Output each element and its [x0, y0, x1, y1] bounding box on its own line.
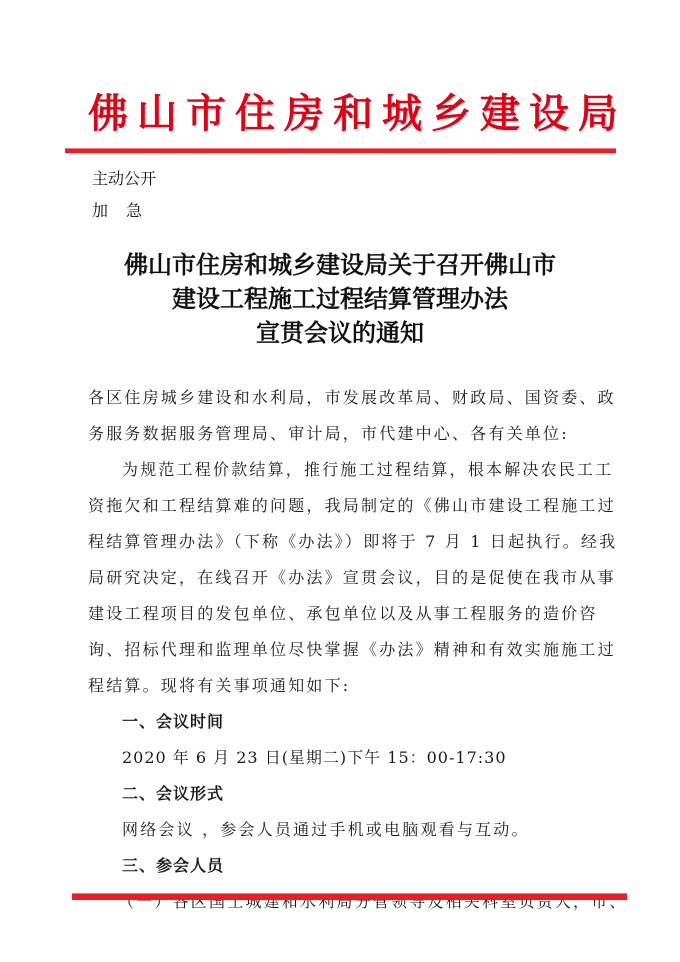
intro-paragraph-line: 建设工程项目的发包单位、承包单位以及从事工程服务的造价咨 [88, 596, 608, 632]
disclosure-label: 主动公开 [92, 168, 156, 190]
intro-paragraph-line: 程结算。现将有关事项通知如下: [88, 668, 608, 704]
document-title-line: 宣贯会议的通知 [100, 316, 580, 350]
attendees-item: （一）各区国土城建和水利局分管领导及相关科室负责人，市、 [88, 884, 608, 920]
meeting-format-value: 网络会议 ，参会人员通过手机或电脑观看与互动。 [88, 812, 608, 848]
issuer-masthead: 佛山市住房和城乡建设局 [88, 88, 608, 140]
document-title-line: 佛山市住房和城乡建设局关于召开佛山市 [100, 248, 580, 282]
addressee-line: 务服务数据服务管理局、审计局，市代建中心、各有关单位: [88, 416, 608, 452]
intro-paragraph-line: 程结算管理办法》（下称《办法》）即将于 7 月 1 日起执行。经我 [88, 524, 608, 560]
addressee-line: 各区住房城乡建设和水利局，市发展改革局、财政局、国资委、政 [88, 380, 608, 416]
urgency-label: 加急 [92, 200, 160, 222]
intro-paragraph-line: 为规范工程价款结算，推行施工过程结算，根本解决农民工工 [88, 452, 608, 488]
document-title-line: 建设工程施工过程结算管理办法 [100, 282, 580, 316]
document-body: 各区住房城乡建设和水利局，市发展改革局、财政局、国资委、政 务服务数据服务管理局… [88, 380, 608, 920]
section-heading-meeting-format: 二、会议形式 [88, 776, 608, 812]
intro-paragraph-line: 询、招标代理和监理单位尽快掌握《办法》精神和有效实施施工过 [88, 632, 608, 668]
masthead-red-rule [65, 148, 616, 153]
intro-paragraph-line: 资拖欠和工程结算难的问题，我局制定的《佛山市建设工程施工过 [88, 488, 608, 524]
section-heading-meeting-time: 一、会议时间 [88, 704, 608, 740]
meeting-time-value: 2020 年 6 月 23 日(星期二)下午 15：00-17:30 [88, 740, 608, 776]
document-title: 佛山市住房和城乡建设局关于召开佛山市 建设工程施工过程结算管理办法 宣贯会议的通… [100, 248, 580, 350]
footer-red-rule [72, 893, 627, 900]
section-heading-attendees: 三、参会人员 [88, 848, 608, 884]
intro-paragraph-line: 局研究决定，在线召开《办法》宣贯会议，目的是促使在我市从事 [88, 560, 608, 596]
